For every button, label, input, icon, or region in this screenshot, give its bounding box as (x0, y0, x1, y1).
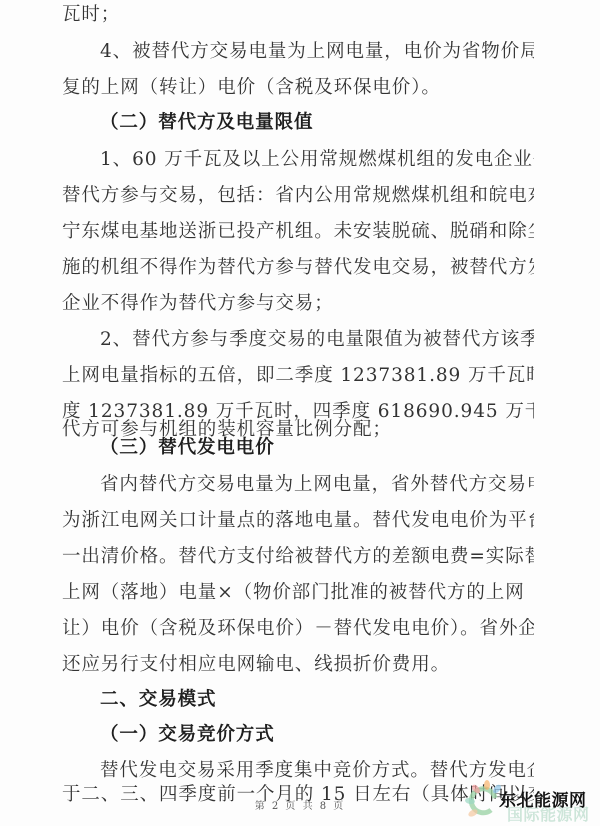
section-heading: 二、交易模式 (100, 688, 572, 712)
document-page: 瓦时； 4、被替代方交易电量为上网电量，电价为省物价局批 复的上网（转让）电价（… (0, 0, 600, 826)
text-line: 还应另行支付相应电网输电、线损折价费用。 (62, 653, 534, 677)
watermark: 国际能源网 东北能源网 (465, 778, 600, 824)
text-line: 1、60 万千瓦及以上公用常规燃煤机组的发电企业作为 (100, 148, 534, 172)
text-line: 省内替代方交易电量为上网电量，省外替代方交易电量 (100, 473, 534, 497)
text-line: 为浙江电网关口计量点的落地电量。替代发电电价为平台统 (62, 509, 534, 533)
text-line: 替代方参与交易，包括：省内公用常规燃煤机组和皖电东送、 (62, 184, 534, 208)
text-line: 复的上网（转让）电价（含税及环保电价）。 (62, 76, 534, 100)
text-line: 上网电量指标的五倍，即二季度 1237381.89 万千瓦时、三季 (62, 364, 534, 388)
text-line: 4、被替代方交易电量为上网电量，电价为省物价局批 (100, 40, 534, 64)
watermark-text: 东北能源网 (499, 786, 587, 811)
text-line: 2、替代方参与季度交易的电量限值为被替代方该季度 (100, 328, 534, 352)
section-heading: （一）交易竞价方式 (100, 723, 572, 747)
text-line: 一出清价格。替代方支付给被替代方的差额电费=实际替代 (62, 545, 534, 569)
text-line: 施的机组不得作为替代方参与替代发电交易，被替代方发电 (62, 256, 534, 280)
text-line: 上网（落地）电量×（物价部门批准的被替代方的上网（转 (62, 581, 534, 605)
section-heading: （三）替代发电电价 (100, 436, 572, 460)
text-line: 瓦时； (62, 3, 534, 27)
section-heading: （二）替代方及电量限值 (100, 111, 572, 135)
text-line: 企业不得作为替代方参与交易； (62, 292, 534, 316)
text-line: 让）电价（含税及环保电价）－替代发电电价）。省外企业 (62, 617, 534, 641)
text-line: 宁东煤电基地送浙已投产机组。未安装脱硫、脱硝和除尘设 (62, 220, 534, 244)
